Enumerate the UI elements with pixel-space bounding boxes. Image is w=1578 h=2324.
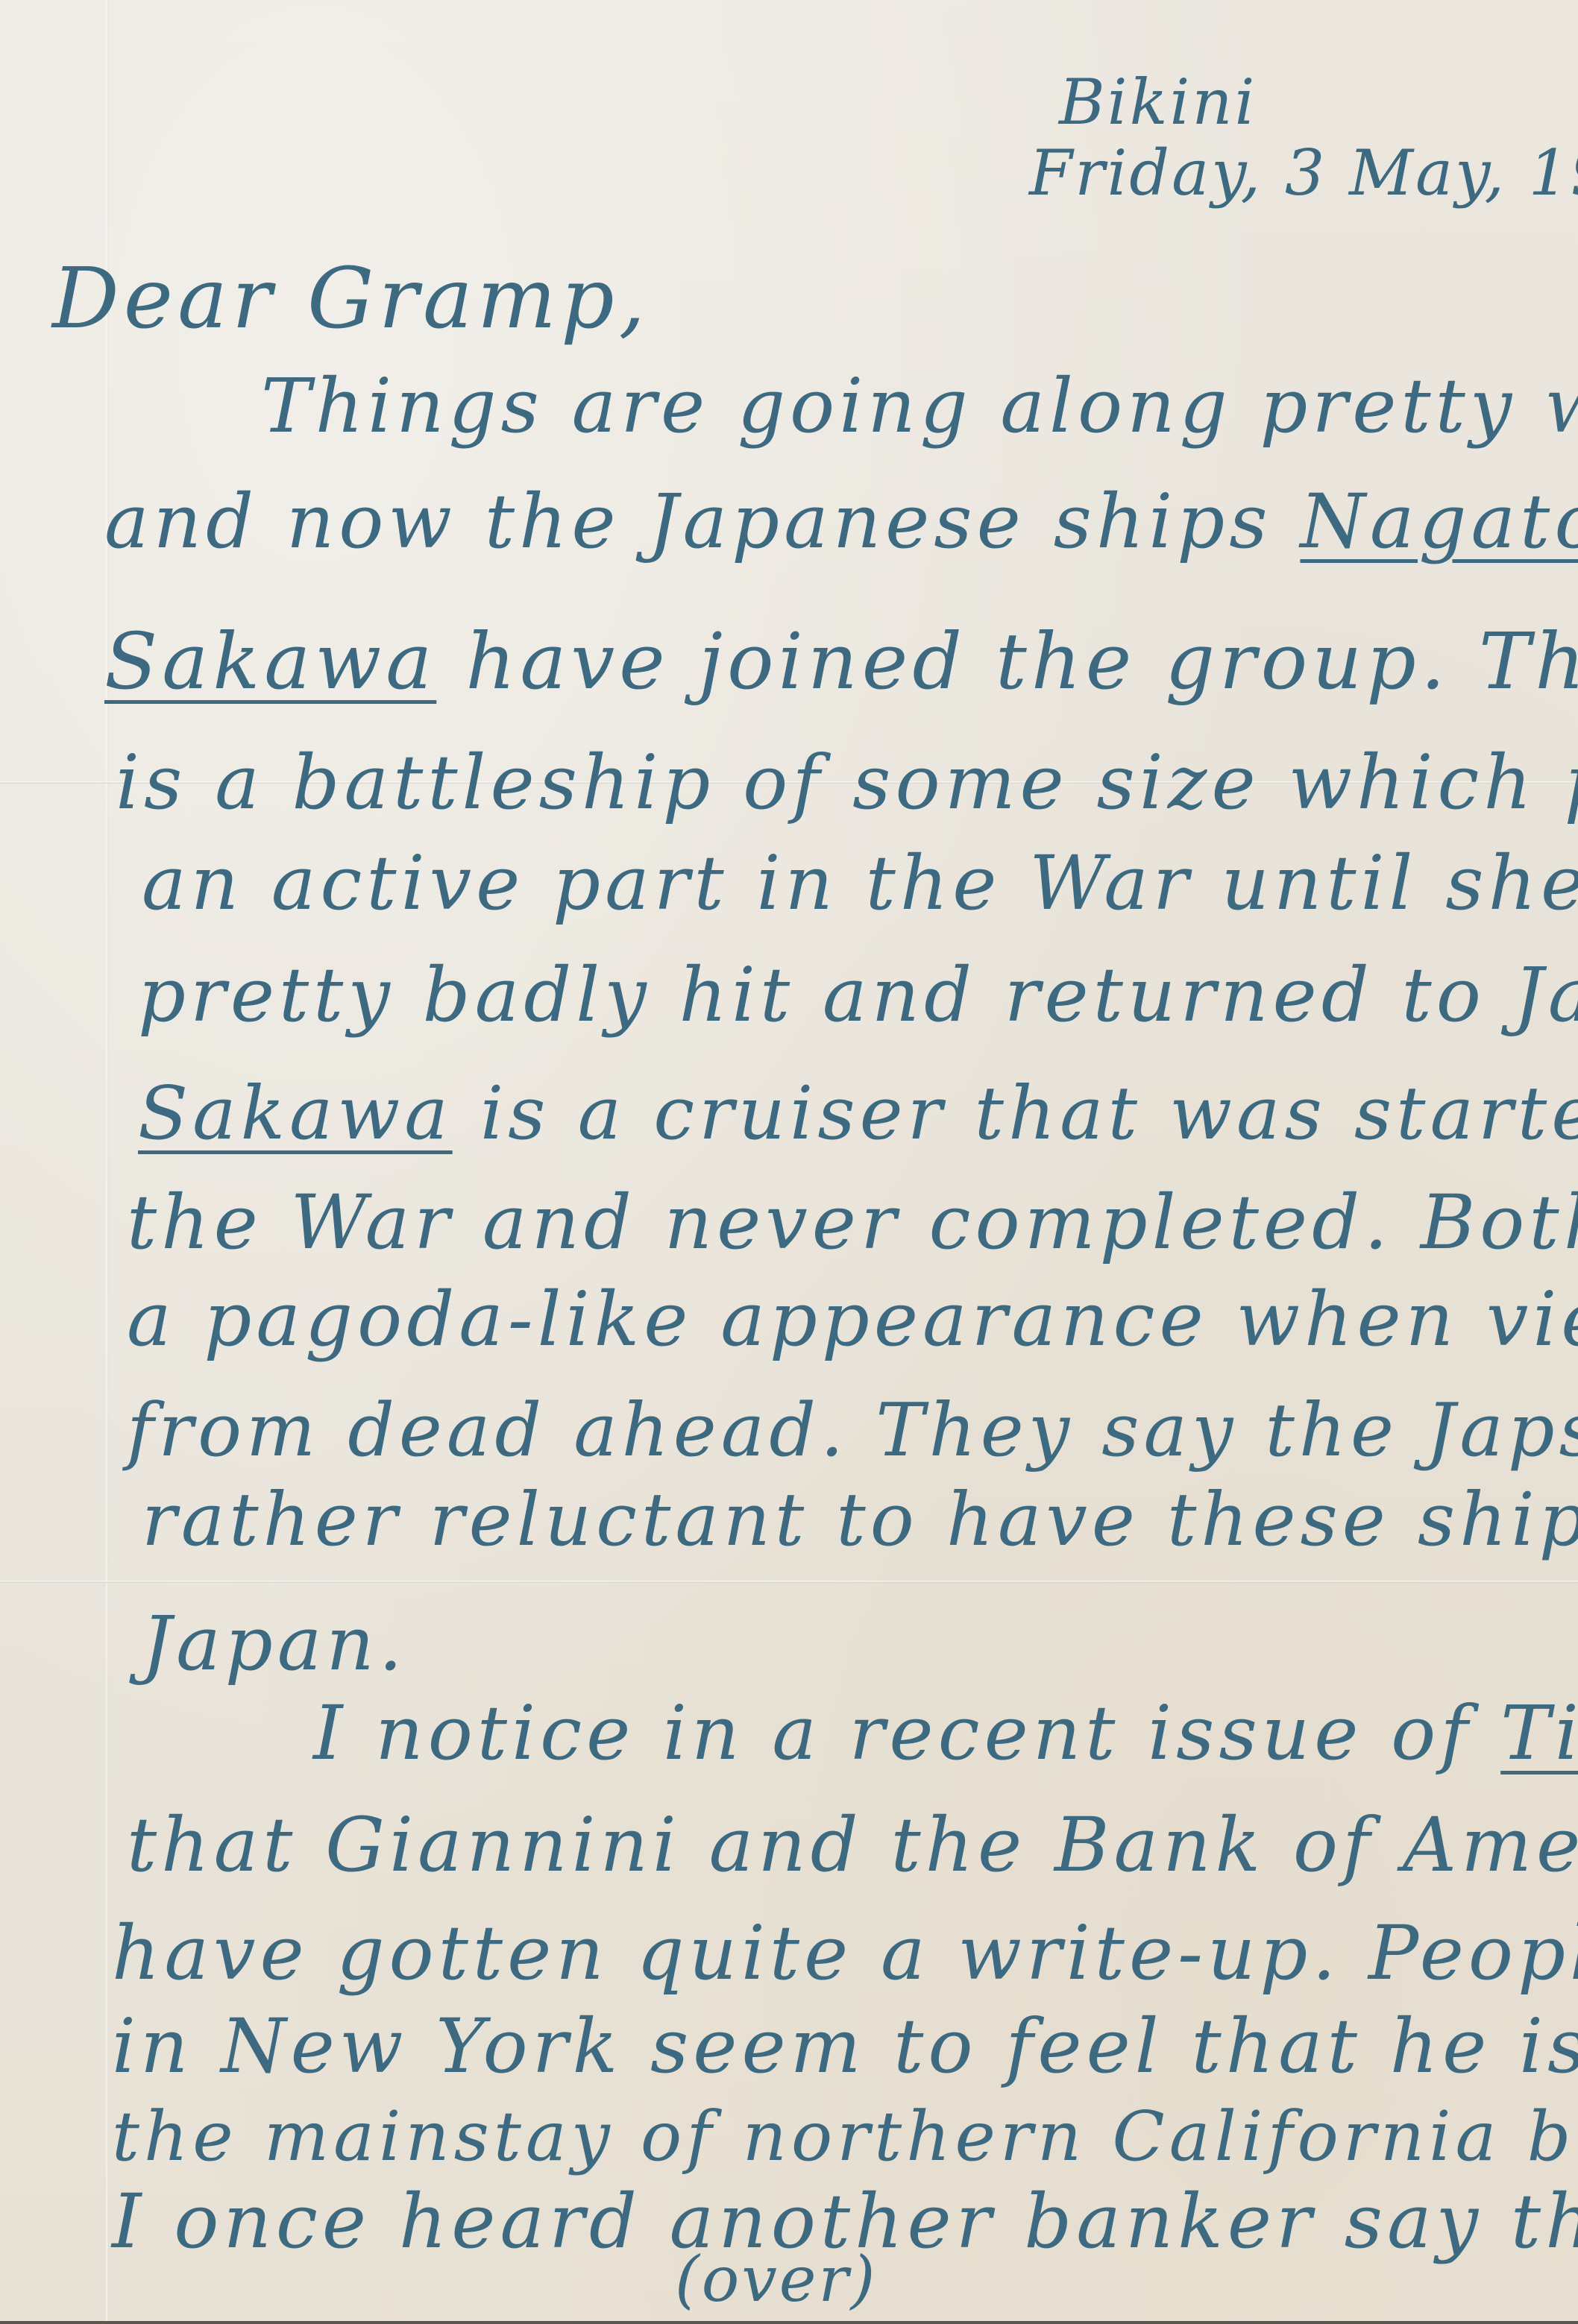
fold-crease-lower: [0, 1581, 1578, 1583]
letter-line: the mainstay of northern California busi…: [112, 2103, 1578, 2171]
letter-text: is a battleship of some size which playe…: [116, 739, 1578, 826]
underlined-ship-or-title: Time: [1500, 1690, 1578, 1777]
letter-text: that Giannini and the Bank of America: [127, 1801, 1578, 1889]
letter-line: and now the Japanese ships Nagato and: [104, 485, 1578, 559]
letter-text: a pagoda-like appearance when viewed: [127, 1276, 1578, 1363]
letter-text: in New York seem to feel that he is: [112, 2003, 1578, 2090]
letter-place: Bikini: [1059, 71, 1257, 133]
letter-page: Bikini Friday, 3 May, 1946 Dear Gramp, T…: [0, 0, 1578, 2324]
letter-line: Things are going along pretty well out h…: [261, 369, 1578, 444]
over-note: (over): [675, 2248, 877, 2311]
letter-line: Japan.: [142, 1607, 407, 1681]
letter-text: Japan.: [142, 1600, 407, 1687]
letter-line: pretty badly hit and returned to Japan. …: [138, 958, 1578, 1033]
underlined-ship-or-title: Sakawa: [138, 1071, 453, 1156]
letter-text: the War and never completed. Both have: [127, 1179, 1578, 1266]
letter-line: have gotten quite a write-up. People: [112, 1916, 1578, 1991]
underlined-ship-or-title: Sakawa: [104, 616, 436, 707]
letter-line: a pagoda-like appearance when viewed: [127, 1282, 1578, 1357]
letter-text: have joined the group. The: [436, 616, 1578, 707]
letter-line: I notice in a recent issue of Time: [313, 1696, 1578, 1771]
letter-line: is a battleship of some size which playe…: [116, 746, 1578, 820]
letter-date: Friday, 3 May, 1946: [1029, 142, 1578, 204]
letter-text: Things are going along pretty well out h…: [261, 362, 1578, 450]
letter-line: from dead ahead. They say the Japs were: [127, 1394, 1578, 1467]
letter-line: the War and never completed. Both have: [127, 1185, 1578, 1260]
letter-line: rather reluctant to have these ships lea…: [142, 1484, 1578, 1557]
paper-bottom-edge: [0, 2321, 1578, 2324]
letter-line: in New York seem to feel that he is: [112, 2009, 1578, 2084]
letter-text: the mainstay of northern California busi…: [112, 2097, 1578, 2176]
letter-line: an active part in the War until she was: [142, 846, 1578, 921]
letter-line: Sakawa is a cruiser that was started dur…: [138, 1077, 1578, 1150]
letter-text: rather reluctant to have these ships lea…: [142, 1478, 1578, 1563]
letter-text: pretty badly hit and returned to Japan. …: [138, 951, 1578, 1039]
letter-line: Sakawa have joined the group. The Nagato: [104, 623, 1578, 700]
letter-text: have gotten quite a write-up. People: [112, 1909, 1578, 1997]
letter-text: from dead ahead. They say the Japs were: [127, 1388, 1578, 1473]
underlined-ship-or-title: Nagato: [1300, 478, 1578, 565]
letter-text: is a cruiser that was started during: [453, 1071, 1578, 1156]
letter-text: I notice in a recent issue of: [313, 1690, 1500, 1777]
letter-line: that Giannini and the Bank of America: [127, 1808, 1578, 1883]
letter-salutation: Dear Gramp,: [52, 257, 650, 341]
letter-text: an active part in the War until she was: [142, 840, 1578, 927]
letter-text: and now the Japanese ships: [104, 478, 1300, 565]
fold-crease-vertical: [106, 0, 109, 2324]
